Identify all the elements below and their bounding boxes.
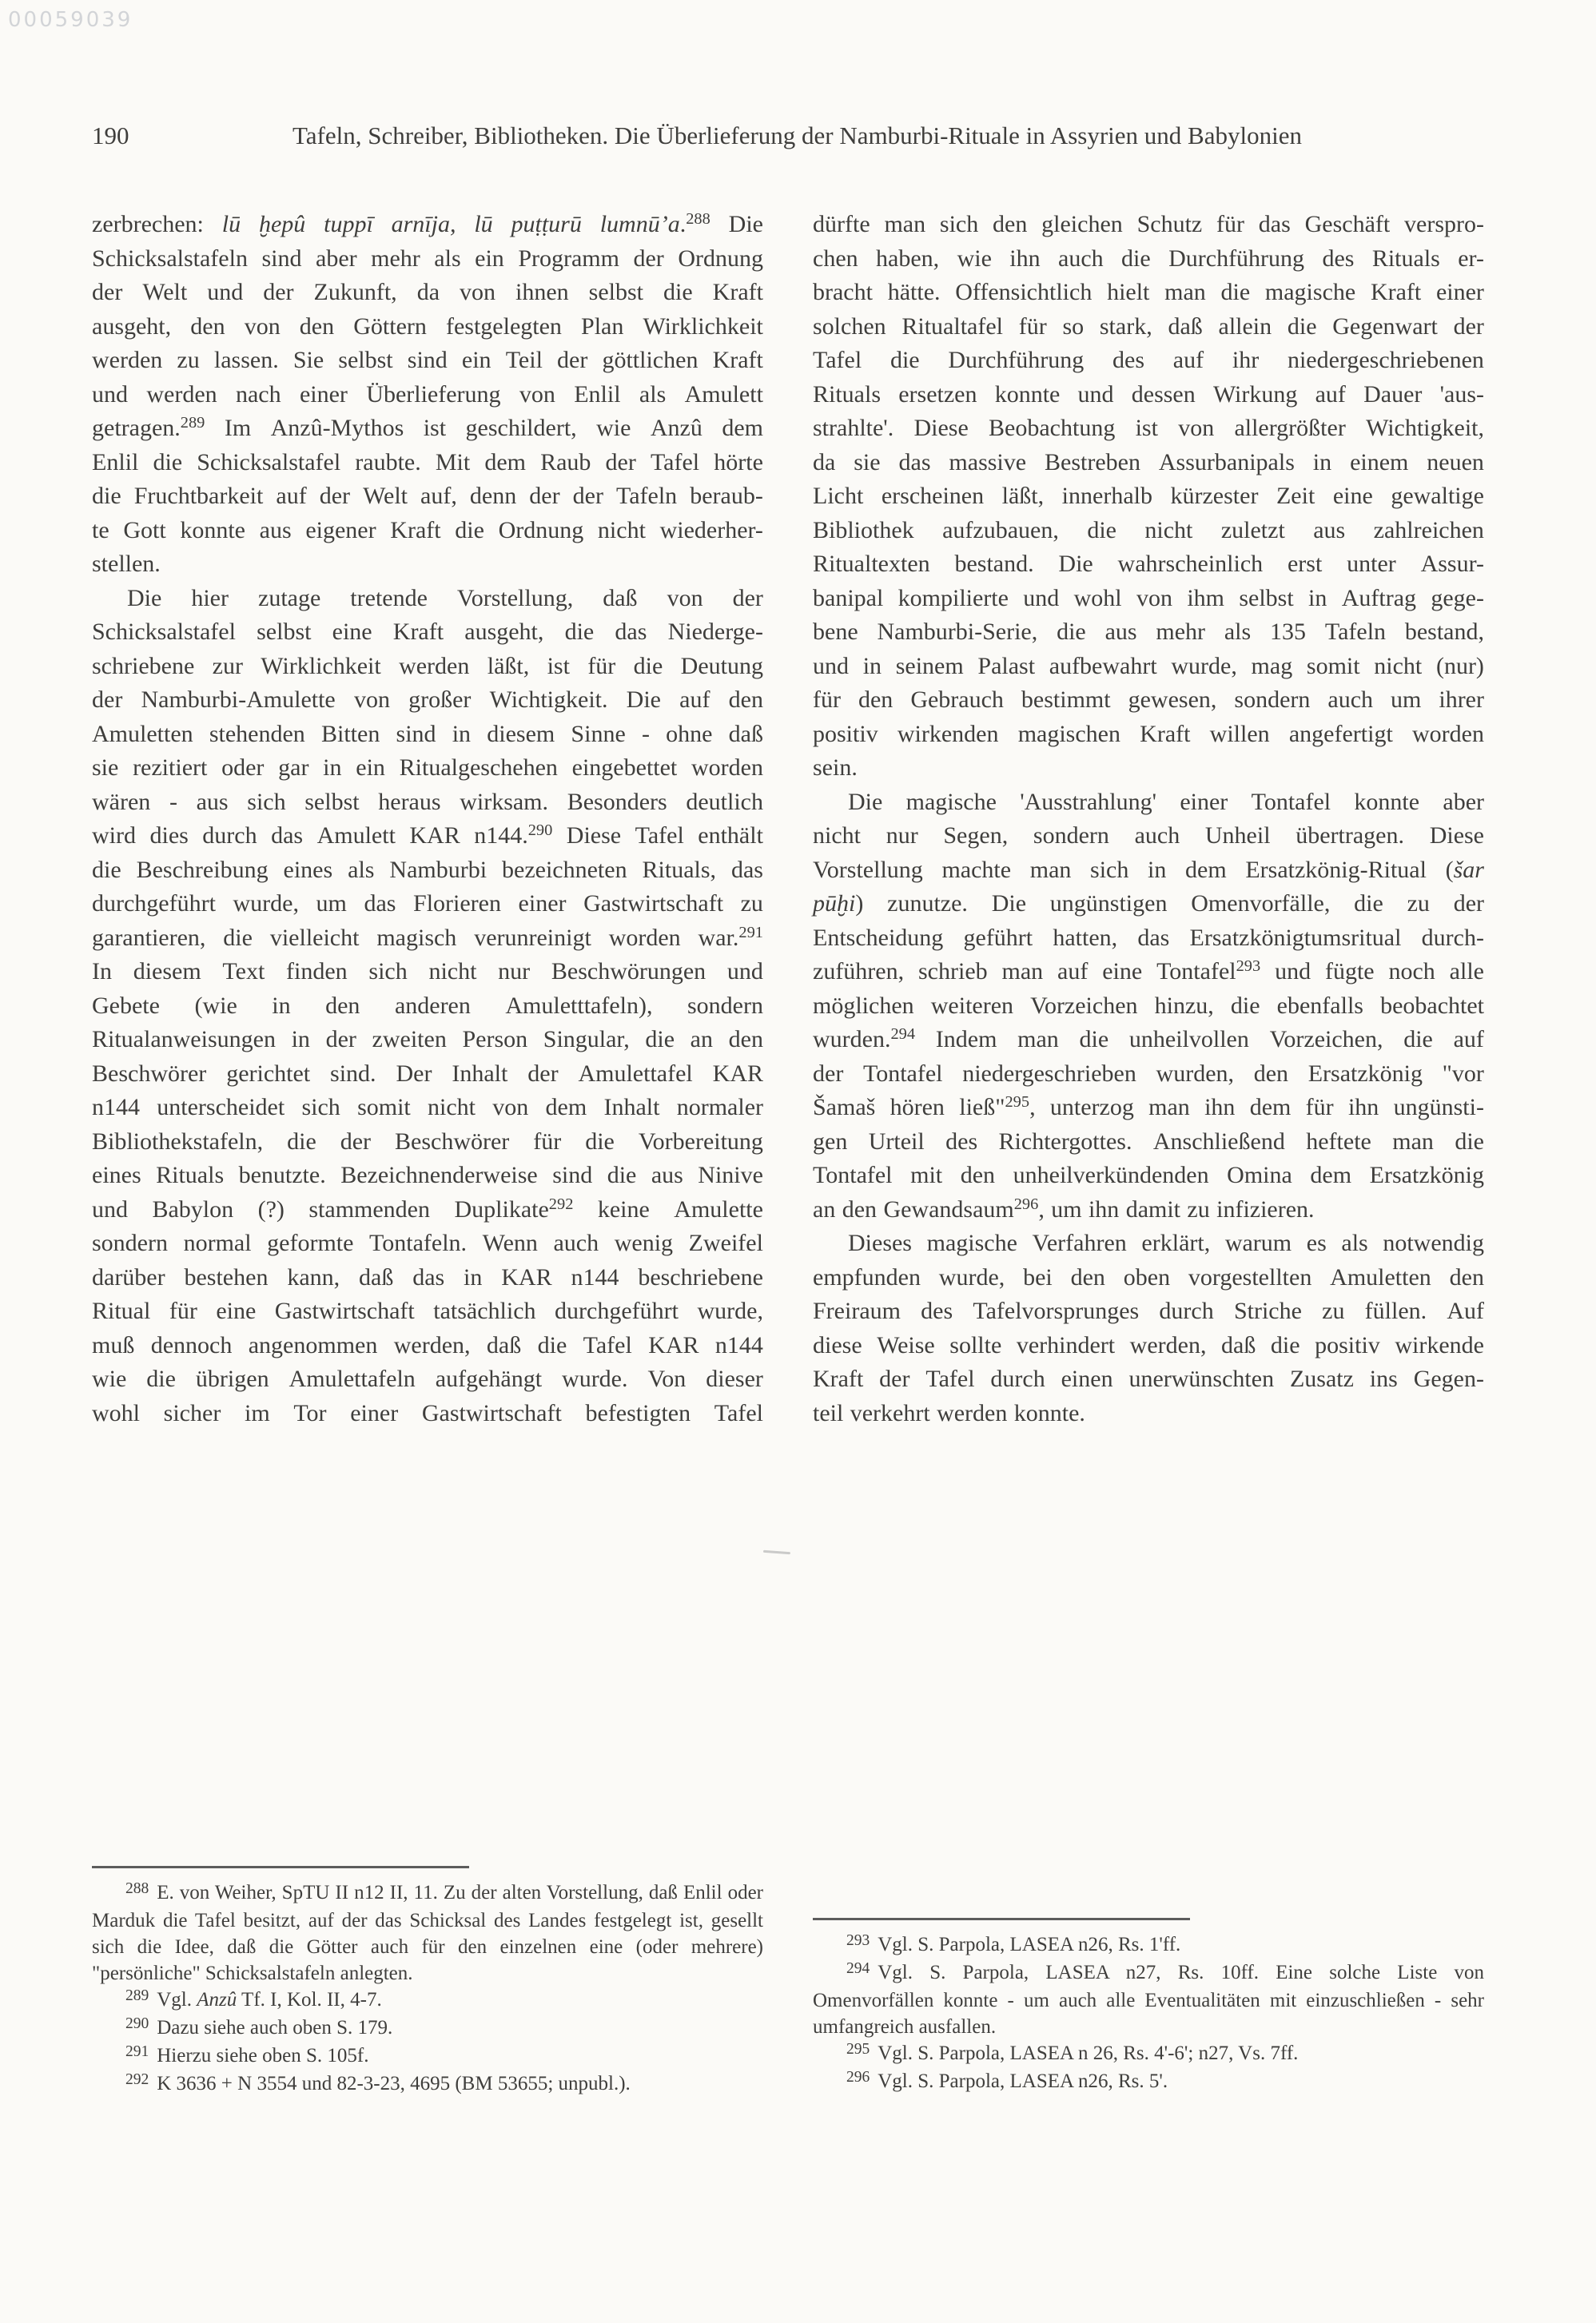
text-line: AmulettenstehendenBittensindindiesemSinn…: [92, 718, 763, 752]
text-line: pūḫi)zunutze.DieungünstigenOmenvorfälle,…: [813, 887, 1484, 921]
text-line: garantieren,dievielleichtmagischverunrei…: [92, 921, 763, 956]
text-line: Bibliothekaufzubauen,dienichtzuletztausz…: [813, 514, 1484, 548]
footnote-number: 288: [125, 1880, 149, 1897]
text-line: wirddiesdurchdasAmulettKARn144.290DieseT…: [92, 819, 763, 853]
footnote-number: 292: [125, 2071, 149, 2088]
text-line: empfundenwurde,beidenobenvorgestelltenAm…: [813, 1261, 1484, 1295]
text-line: teGottkonnteauseigenerKraftdieOrdnungnic…: [92, 514, 763, 548]
footnote-number: 296: [846, 2069, 870, 2086]
footnote-number: 294: [846, 1960, 870, 1977]
footnote: 288E. von Weiher, SpTU II n12 II, 11. Zu…: [92, 1879, 763, 1987]
text-line: IndiesemTextfindensichnichtnurBeschwörun…: [92, 955, 763, 989]
text-line: positivwirkendenmagischenKraftwillenange…: [813, 718, 1484, 752]
text-line: wohlsicherimToreinerGastwirtschaftbefest…: [92, 1397, 763, 1431]
footnote-separator-left: [92, 1866, 469, 1868]
text-column-left: zerbrechen:lūḫepûtuppīarnīja,lūpuṭṭurūlu…: [92, 208, 763, 1430]
text-line: getragen.289ImAnzû-Mythosistgeschildert,…: [92, 412, 763, 446]
text-line: genUrteildesRichtergottes.Anschließendhe…: [813, 1125, 1484, 1160]
page-header: 190 Tafeln, Schreiber, Bibliotheken. Die…: [92, 121, 1502, 158]
footnote: 289Vgl. Anzû Tf. I, Kol. II, 4-7.: [92, 1987, 763, 2015]
text-line: teilverkehrtwerdenkonnte.: [813, 1397, 1484, 1431]
text-line: ausgeht,denvondenGötternfestgelegtenPlan…: [92, 310, 763, 344]
text-line: sein.: [813, 751, 1484, 786]
footnote-separator-right: [813, 1918, 1190, 1920]
text-line: RitualsersetzenkonnteunddessenWirkungauf…: [813, 378, 1484, 412]
text-line: nichtnurSegen,sondernauchUnheilübertrage…: [813, 819, 1484, 853]
text-line: einesRitualsbenutzte.Bezeichnenderweises…: [92, 1159, 763, 1193]
text-line: zuführen,schriebmanaufeineTontafel293und…: [813, 955, 1484, 989]
footnote: 293Vgl. S. Parpola, LASEA n26, Rs. 1'ff.: [813, 1931, 1484, 1959]
text-line: VorstellungmachtemansichindemErsatzkönig…: [813, 853, 1484, 888]
text-line: SchicksalstafelnsindabermehralseinProgra…: [92, 242, 763, 276]
footnote: 290Dazu siehe auch oben S. 179.: [92, 2015, 763, 2043]
text-line: banipalkompilierteundwohlvonihmselbstinA…: [813, 582, 1484, 616]
text-line: undBabylon(?)stammendenDuplikate292keine…: [92, 1193, 763, 1227]
text-column-right: dürftemansichdengleichenSchutzfürdasGesc…: [813, 208, 1484, 1430]
text-line: DiesesmagischeVerfahrenerklärt,warumesal…: [813, 1227, 1484, 1261]
text-line: sierezitiertodergarineinRitualgeschehene…: [92, 751, 763, 786]
footnotes-right: 293Vgl. S. Parpola, LASEA n26, Rs. 1'ff.…: [813, 1918, 1484, 2096]
text-line: zerbrechen:lūḫepûtuppīarnīja,lūpuṭṭurūlu…: [92, 208, 763, 242]
text-line: möglichenweiterenVorzeichenhinzu,dieeben…: [813, 989, 1484, 1024]
footnotes-left: 288E. von Weiher, SpTU II n12 II, 11. Zu…: [92, 1866, 763, 2098]
text-line: werdenzulassen.SieselbstsindeinTeildergö…: [92, 344, 763, 378]
scan-watermark: 00059039: [8, 8, 133, 32]
text-line: Šamašhörenließ"295,unterzogmanihndemfüri…: [813, 1091, 1484, 1125]
text-line: chenhaben,wieihnauchdieDurchführungdesRi…: [813, 242, 1484, 276]
footnote-number: 295: [846, 2041, 870, 2058]
text-line: Lichterscheinenläßt,innerhalbkürzesterZe…: [813, 479, 1484, 514]
text-line: TontafelmitdenunheilverkündendenOminadem…: [813, 1159, 1484, 1193]
text-line: durchgeführtwurde,umdasFloriereneinerGas…: [92, 887, 763, 921]
text-line: brachthätte.Offensichtlichhieltmandiemag…: [813, 276, 1484, 310]
book-page-scan: 00059039 190 Tafeln, Schreiber, Biblioth…: [0, 0, 1596, 2323]
text-line: Entscheidunggeführthatten,dasErsatzkönig…: [813, 921, 1484, 956]
text-line: KraftderTafeldurcheinenunerwünschtenZusa…: [813, 1362, 1484, 1397]
text-line: undinseinemPalastaufbewahrtwurde,magsomi…: [813, 650, 1484, 684]
footnote-number: 289: [125, 1987, 149, 2004]
text-line: FreiraumdesTafelvorsprungesdurchStrichez…: [813, 1295, 1484, 1329]
scan-artifact-dash: [763, 1550, 790, 1554]
text-line: Diemagische'Ausstrahlung'einerTontafelko…: [813, 786, 1484, 820]
text-line: TafeldieDurchführungdesaufihrniedergesch…: [813, 344, 1484, 378]
text-line: RitualanweisungeninderzweitenPersonSingu…: [92, 1023, 763, 1057]
text-line: solchenRitualtafelfürsostark,daßalleindi…: [813, 310, 1484, 344]
text-line: beneNamburbi-Serie,dieausmehrals135Tafel…: [813, 615, 1484, 650]
text-line: EnlildieSchicksalstafelraubte.MitdemRaub…: [92, 446, 763, 480]
footnote: 292K 3636 + N 3554 und 82-3-23, 4695 (BM…: [92, 2070, 763, 2098]
footnote: 291Hierzu siehe oben S. 105f.: [92, 2043, 763, 2070]
footnote: 294Vgl. S. Parpola, LASEA n27, Rs. 10ff.…: [813, 1959, 1484, 2040]
footnote-number: 290: [125, 2015, 149, 2032]
text-line: dasiedasmassiveBestrebenAssurbanipalsine…: [813, 446, 1484, 480]
text-line: wiedieübrigenAmulettafelnaufgehängtwurde…: [92, 1362, 763, 1397]
text-line: andenGewandsaum296,umihndamitzuinfiziere…: [813, 1193, 1484, 1227]
text-line: n144unterscheidetsichsomitnichtvondemInh…: [92, 1091, 763, 1125]
text-line: SchicksalstafelselbsteineKraftausgeht,di…: [92, 615, 763, 650]
running-title: Tafeln, Schreiber, Bibliotheken. Die Übe…: [92, 121, 1502, 150]
text-line: undwerdennacheinerÜberlieferungvonEnlila…: [92, 378, 763, 412]
footnote: 295Vgl. S. Parpola, LASEA n 26, Rs. 4'-6…: [813, 2040, 1484, 2068]
text-line: wurden.294IndemmandieunheilvollenVorzeic…: [813, 1023, 1484, 1057]
text-line: Gebete(wieindenanderenAmuletttafeln),son…: [92, 989, 763, 1024]
text-line: wären-aussichselbstherauswirksam.Besonde…: [92, 786, 763, 820]
text-line: RitualfüreineGastwirtschafttatsächlichdu…: [92, 1295, 763, 1329]
text-line: Bibliothekstafeln,diederBeschwörerfürdie…: [92, 1125, 763, 1160]
text-line: darüberbestehenkann,daßdasinKARn144besch…: [92, 1261, 763, 1295]
footnote-number: 293: [846, 1932, 870, 1949]
text-line: mußdennochangenommenwerden,daßdieTafelKA…: [92, 1329, 763, 1363]
text-line: derTontafelniedergeschriebenwurden,denEr…: [813, 1057, 1484, 1092]
text-line: sondernnormalgeformteTontafeln.Wennauchw…: [92, 1227, 763, 1261]
text-line: dieBeschreibungeinesalsNamburbibezeichne…: [92, 853, 763, 888]
text-line: derNamburbi-AmulettevongroßerWichtigkeit…: [92, 683, 763, 718]
text-line: dieFruchtbarkeitaufderWeltauf,dennderder…: [92, 479, 763, 514]
text-line: dürftemansichdengleichenSchutzfürdasGesc…: [813, 208, 1484, 242]
footnote: 296Vgl. S. Parpola, LASEA n26, Rs. 5'.: [813, 2068, 1484, 2096]
text-line: Beschwörergerichtetsind.DerInhaltderAmul…: [92, 1057, 763, 1092]
text-line: fürdenGebrauchbestimmtgewesen,sondernauc…: [813, 683, 1484, 718]
text-line: derWeltundderZukunft,davonihnenselbstdie…: [92, 276, 763, 310]
text-line: schriebenezurWirklichkeitwerdenläßt,istf…: [92, 650, 763, 684]
text-line: stellen.: [92, 547, 763, 582]
footnote-number: 291: [125, 2043, 149, 2060]
text-line: Ritualtextenbestand.Diewahrscheinlichers…: [813, 547, 1484, 582]
text-line: DiehierzutagetretendeVorstellung,daßvond…: [92, 582, 763, 616]
text-line: strahlte'.DieseBeobachtungistvonallergrö…: [813, 412, 1484, 446]
text-line: dieseWeisesollteverhindertwerden,daßdiep…: [813, 1329, 1484, 1363]
